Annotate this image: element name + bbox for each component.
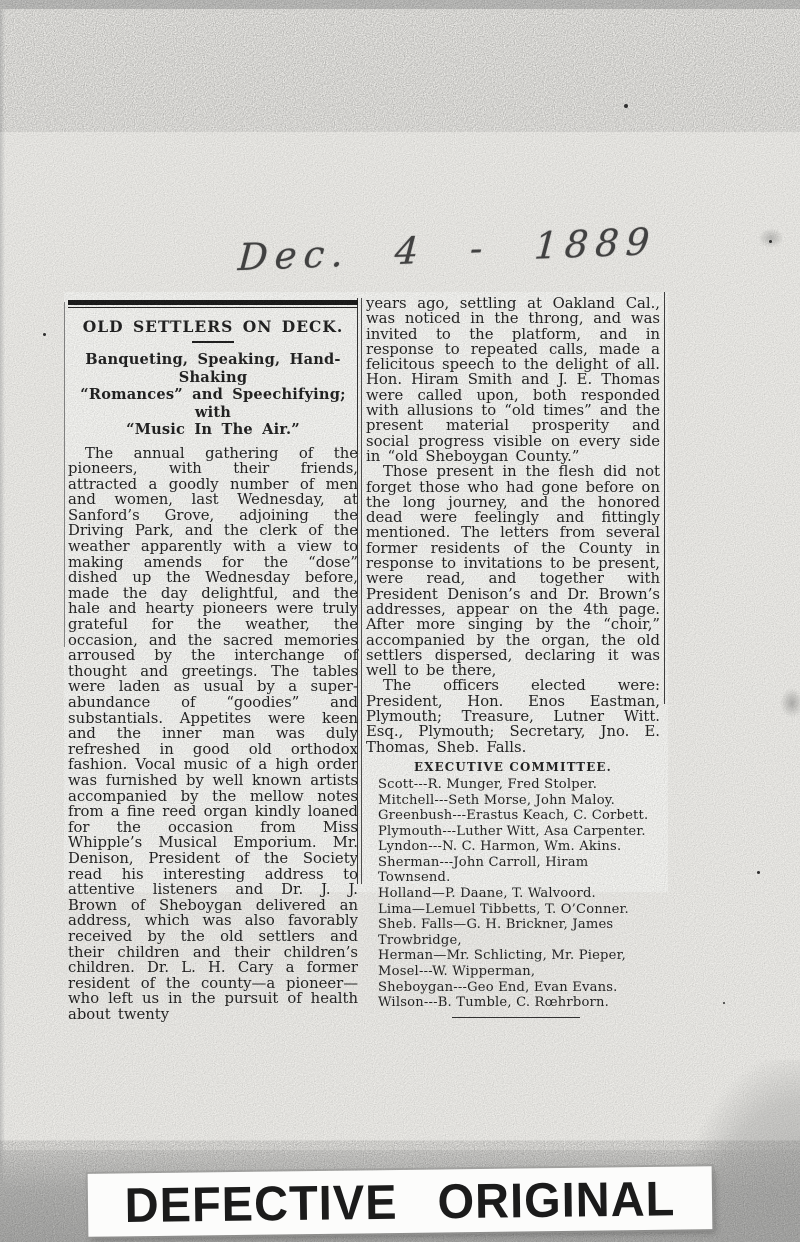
clipping-left-rule	[64, 302, 65, 647]
gray-blotch	[758, 228, 784, 248]
ink-speck	[43, 333, 46, 336]
headline-top-bar-thin	[68, 307, 358, 308]
subhead-line: Banqueting, Speaking, Hand-Shaking	[68, 351, 358, 386]
left-column: OLD SETTLERS ON DECK. Banqueting, Speaki…	[68, 300, 358, 1022]
ink-speck	[769, 240, 772, 243]
ink-speck	[624, 104, 628, 108]
body-paragraph: Those present in the flesh did not forge…	[366, 464, 660, 678]
committee-item: Sherman---John Carroll, Hiram Townsend.	[378, 855, 660, 886]
subhead-line: “Music In The Air.”	[68, 421, 358, 439]
committee-item: Sheboygan---Geo End, Evan Evans.	[378, 980, 660, 996]
committee-item: Mitchell---Seth Morse, John Maloy.	[378, 793, 660, 809]
committee-item: Herman—Mr. Schlicting, Mr. Pieper,	[378, 948, 660, 964]
committee-heading: EXECUTIVE COMMITTEE.	[366, 760, 660, 774]
committee-item: Greenbush---Erastus Keach, C. Corbett.	[378, 808, 660, 824]
right-column: years ago, settling at Oakland Cal., was…	[366, 296, 660, 1018]
committee-item: Lyndon---N. C. Harmon, Wm. Akins.	[378, 839, 660, 855]
defective-original-stamp: DEFECTIVE ORIGINAL	[88, 1166, 713, 1237]
committee-item: Mosel---W. Wipperman,	[378, 964, 660, 980]
gray-blotch	[780, 688, 800, 718]
news-clipping: OLD SETTLERS ON DECK. Banqueting, Speaki…	[64, 292, 668, 892]
body-paragraph: The annual gathering of the pioneers, wi…	[68, 446, 358, 1023]
scan-edge-left	[0, 0, 5, 1242]
scan-page: { "page": { "handwritten_date": "Dec. 4 …	[0, 0, 800, 1242]
committee-item: Plymouth---Luther Witt, Asa Carpenter.	[378, 824, 660, 840]
committee-item: Wilson---B. Tumble, C. Rœhrborn.	[378, 995, 660, 1011]
committee-item: Scott---R. Munger, Fred Stolper.	[378, 777, 660, 793]
committee-list: Scott---R. Munger, Fred Stolper. Mitchel…	[366, 777, 660, 1011]
article-headline: OLD SETTLERS ON DECK.	[68, 317, 358, 336]
headline-divider	[192, 341, 234, 343]
headline-top-bar	[68, 300, 358, 305]
committee-item: Holland—P. Daane, T. Walvoord.	[378, 886, 660, 902]
body-paragraph: The officers elected were: President, Ho…	[366, 678, 660, 754]
ink-speck	[723, 1002, 725, 1004]
article-end-rule	[452, 1017, 580, 1018]
stamp-label: DEFECTIVE ORIGINAL	[124, 1170, 675, 1234]
subhead-line: “Romances” and Speechifying; with	[68, 386, 358, 421]
handwritten-date: Dec. 4 - 1889	[237, 220, 660, 279]
scan-edge-top	[0, 0, 800, 9]
ink-speck	[757, 871, 760, 874]
clipping-right-rule	[664, 292, 665, 704]
article-subhead: Banqueting, Speaking, Hand-Shaking “Roma…	[68, 351, 358, 439]
committee-item: Sheb. Falls—G. H. Brickner, James Trowbr…	[378, 917, 660, 948]
committee-item: Lima—Lemuel Tibbetts, T. O’Conner.	[378, 902, 660, 918]
body-paragraph: years ago, settling at Oakland Cal., was…	[366, 296, 660, 464]
